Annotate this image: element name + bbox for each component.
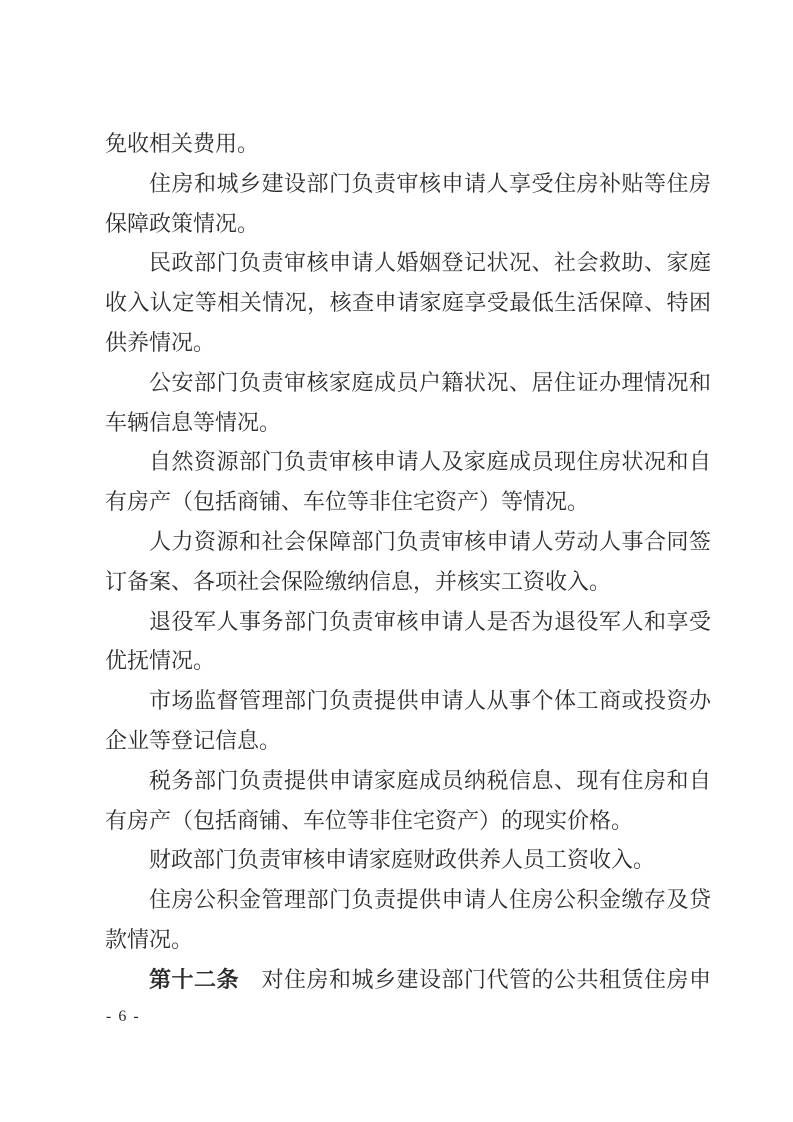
- page-number: - 6 -: [106, 1008, 140, 1025]
- paragraph-article-12: 第十二条 对住房和城乡建设部门代管的公共租赁住房申: [105, 960, 711, 1000]
- document-body: 免收相关费用。 住房和城乡建设部门负责审核申请人享受住房补贴等住房保障政策情况。…: [105, 124, 711, 1000]
- document-page: 免收相关费用。 住房和城乡建设部门负责审核申请人享受住房补贴等住房保障政策情况。…: [0, 0, 793, 1122]
- paragraph-housing-dept: 住房和城乡建设部门负责审核申请人享受住房补贴等住房保障政策情况。: [105, 164, 711, 244]
- paragraph-civil-affairs-dept: 民政部门负责审核申请人婚姻登记状况、社会救助、家庭收入认定等相关情况，核查申请家…: [105, 243, 711, 362]
- paragraph-natural-resources-dept: 自然资源部门负责审核申请人及家庭成员现住房状况和自有房产（包括商铺、车位等非住宅…: [105, 442, 711, 522]
- paragraph-public-security-dept: 公安部门负责审核家庭成员户籍状况、居住证办理情况和车辆信息等情况。: [105, 363, 711, 443]
- article-12-number: 第十二条: [149, 967, 239, 992]
- paragraph-fee-waiver: 免收相关费用。: [105, 124, 711, 164]
- paragraph-housing-fund-dept: 住房公积金管理部门负责提供申请人住房公积金缴存及贷款情况。: [105, 880, 711, 960]
- paragraph-tax-dept: 税务部门负责提供申请家庭成员纳税信息、现有住房和自有房产（包括商铺、车位等非住宅…: [105, 761, 711, 841]
- paragraph-veterans-affairs-dept: 退役军人事务部门负责审核申请人是否为退役军人和享受优抚情况。: [105, 602, 711, 682]
- paragraph-finance-dept: 财政部门负责审核申请家庭财政供养人员工资收入。: [105, 840, 711, 880]
- paragraph-market-regulation-dept: 市场监督管理部门负责提供申请人从事个体工商或投资办企业等登记信息。: [105, 681, 711, 761]
- paragraph-human-resources-dept: 人力资源和社会保障部门负责审核申请人劳动人事合同签订备案、各项社会保险缴纳信息，…: [105, 522, 711, 602]
- page-footer: - 6 -: [106, 1008, 140, 1026]
- article-12-text: 对住房和城乡建设部门代管的公共租赁住房申: [239, 967, 711, 992]
